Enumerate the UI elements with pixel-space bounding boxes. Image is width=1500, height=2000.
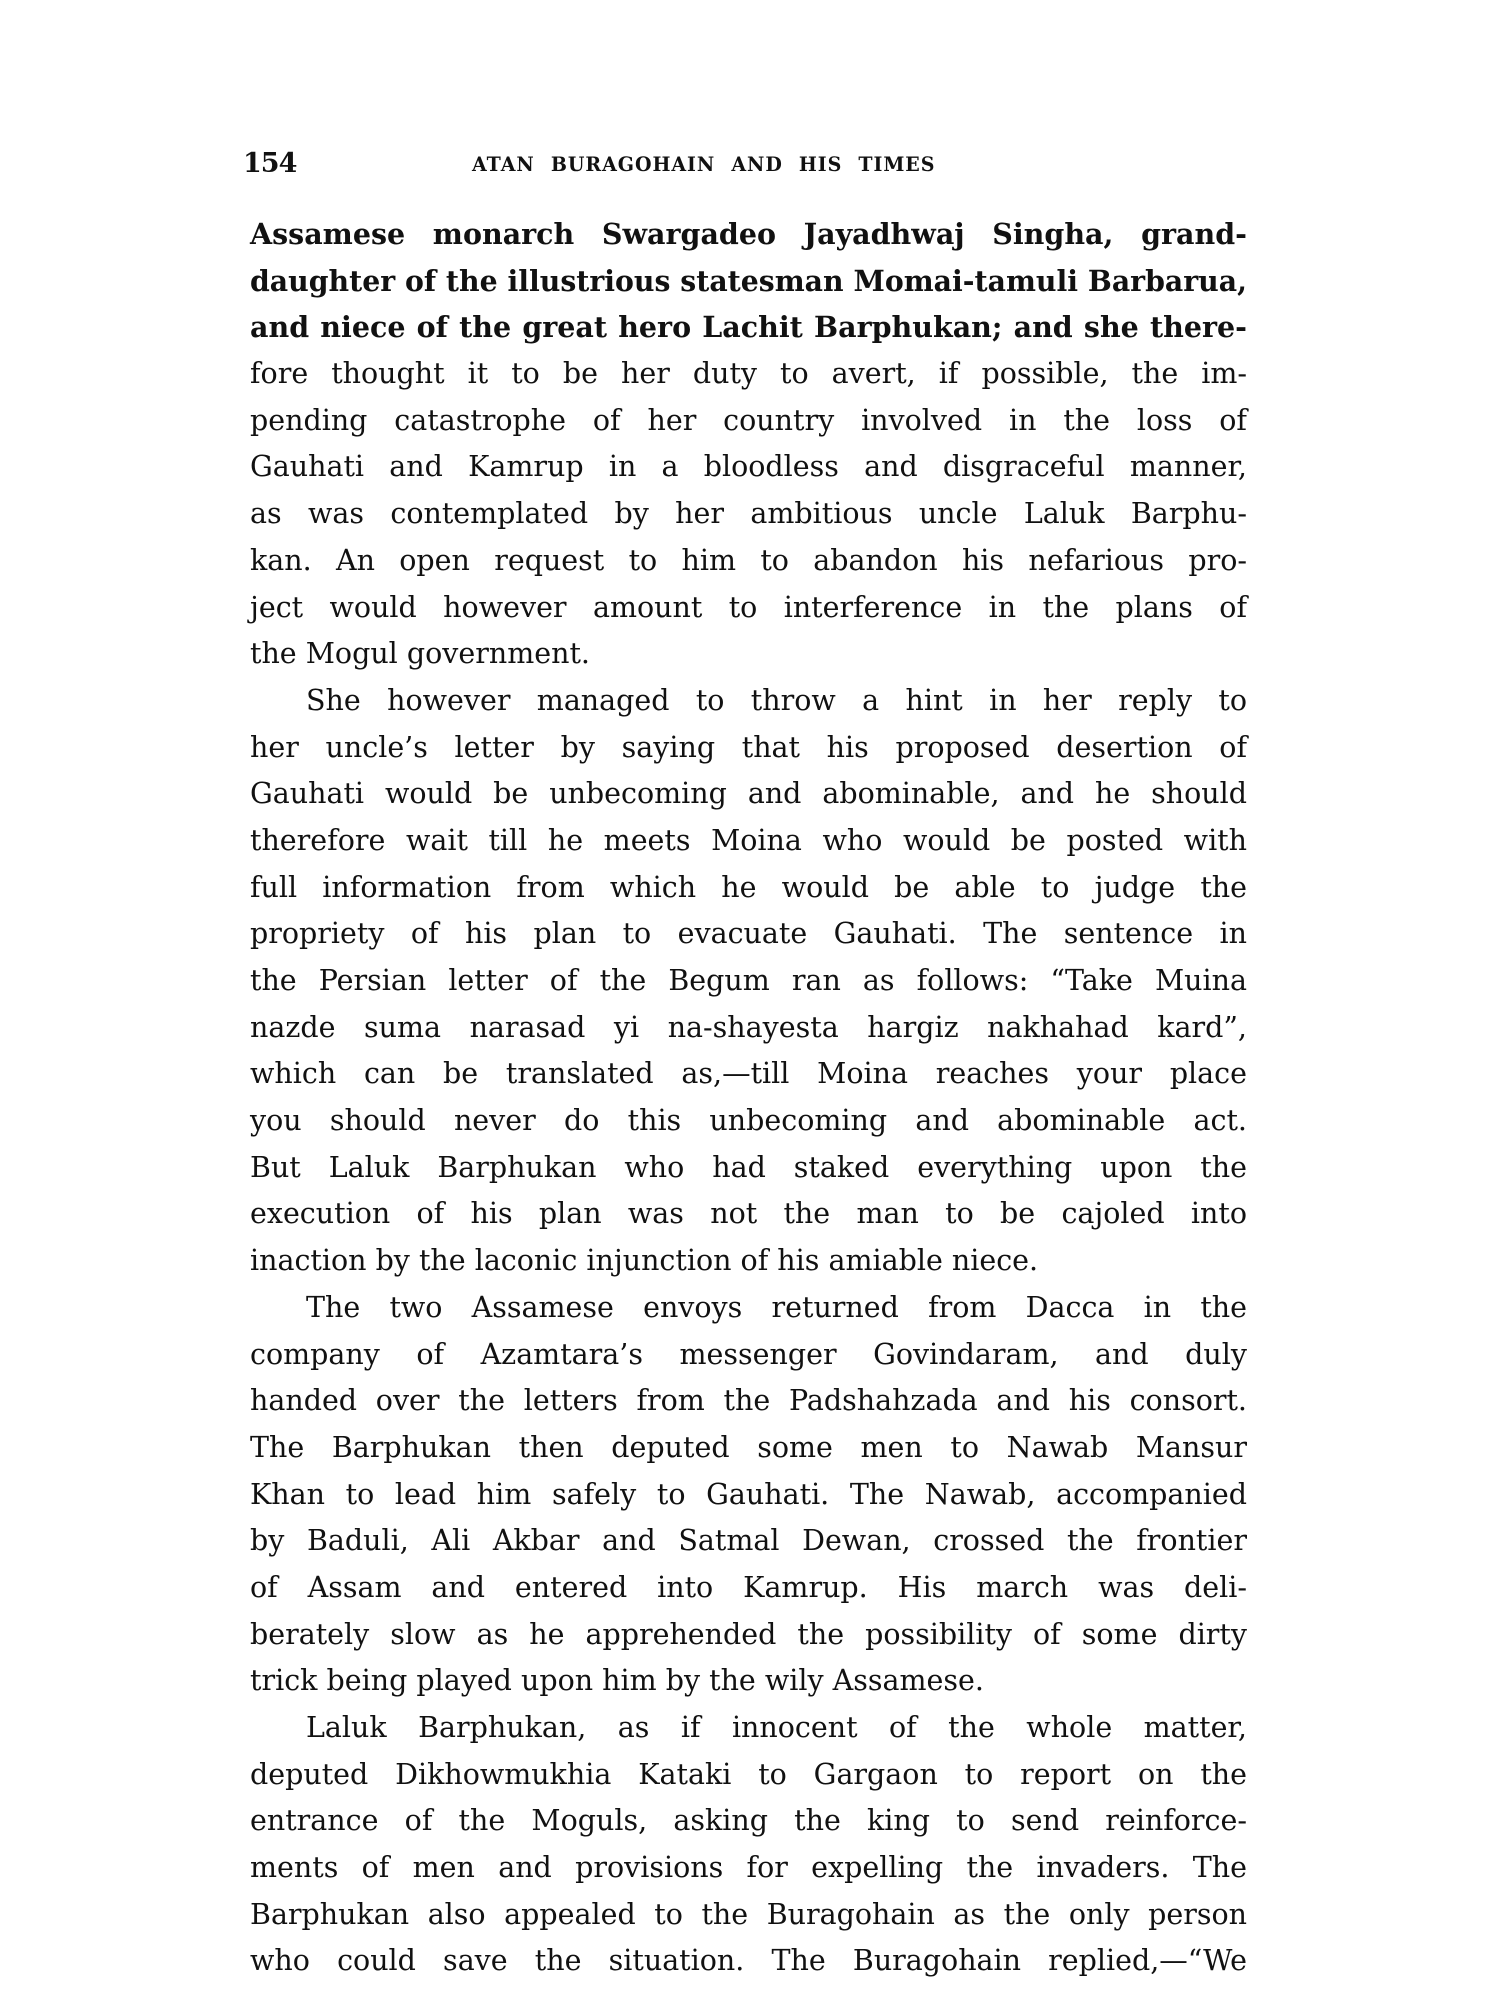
text-line: of Assam and entered into Kamrup. His ma…	[250, 1565, 1247, 1612]
text-line: ments of men and provisions for expellin…	[250, 1845, 1247, 1892]
text-line: fore thought it to be her duty to avert,…	[250, 351, 1247, 398]
running-title: ATAN BURAGOHAIN AND HIS TIMES	[472, 150, 935, 178]
text-line: Gauhati and Kamrup in a bloodless and di…	[250, 444, 1247, 491]
text-line: kan. An open request to him to abandon h…	[250, 538, 1247, 585]
page-number: 154	[243, 146, 296, 182]
paragraph-4: Laluk Barphukan, as if innocent of the w…	[250, 1705, 1247, 1985]
text-line: trick being played upon him by the wily …	[250, 1658, 1247, 1705]
text-line: But Laluk Barphukan who had staked every…	[250, 1145, 1247, 1192]
text-line: Barphukan also appealed to the Buragohai…	[250, 1892, 1247, 1939]
running-head: 154 ATAN BURAGOHAIN AND HIS TIMES	[243, 146, 1253, 182]
text-line: the Persian letter of the Begum ran as f…	[250, 958, 1247, 1005]
text-line: by Baduli, Ali Akbar and Satmal Dewan, c…	[250, 1518, 1247, 1565]
text-line: ject would however amount to interferenc…	[250, 585, 1247, 632]
book-page: 154 ATAN BURAGOHAIN AND HIS TIMES Assame…	[0, 0, 1500, 2000]
text-line: Laluk Barphukan, as if innocent of the w…	[250, 1705, 1247, 1752]
text-line: nazde suma narasad yi na-shayesta hargiz…	[250, 1005, 1247, 1052]
text-line: who could save the situation. The Burago…	[250, 1938, 1247, 1985]
paragraph-2: She however managed to throw a hint in h…	[250, 678, 1247, 1285]
text-line: and niece of the great hero Lachit Barph…	[250, 304, 1247, 351]
text-line: berately slow as he apprehended the poss…	[250, 1612, 1247, 1659]
text-line: full information from which he would be …	[250, 865, 1247, 912]
text-line: pending catastrophe of her country invol…	[250, 398, 1247, 445]
text-line: She however managed to throw a hint in h…	[250, 678, 1247, 725]
text-line: Khan to lead him safely to Gauhati. The …	[250, 1472, 1247, 1519]
text-line: handed over the letters from the Padshah…	[250, 1378, 1247, 1425]
text-line: you should never do this unbecoming and …	[250, 1098, 1247, 1145]
text-line: inaction by the laconic injunction of hi…	[250, 1238, 1247, 1285]
text-line: as was contemplated by her ambitious unc…	[250, 491, 1247, 538]
text-line: propriety of his plan to evacuate Gauhat…	[250, 911, 1247, 958]
text-line: company of Azamtara’s messenger Govindar…	[250, 1332, 1247, 1379]
text-line: execution of his plan was not the man to…	[250, 1191, 1247, 1238]
text-line: the Mogul government.	[250, 631, 1247, 678]
text-line: Gauhati would be unbecoming and abominab…	[250, 771, 1247, 818]
text-line: deputed Dikhowmukhia Kataki to Gargaon t…	[250, 1752, 1247, 1799]
text-line: Assamese monarch Swargadeo Jayadhwaj Sin…	[250, 211, 1247, 258]
text-line: The Barphukan then deputed some men to N…	[250, 1425, 1247, 1472]
text-line: therefore wait till he meets Moina who w…	[250, 818, 1247, 865]
paragraph-1: Assamese monarch Swargadeo Jayadhwaj Sin…	[250, 211, 1247, 678]
text-line: daughter of the illustrious statesman Mo…	[250, 258, 1247, 305]
text-line: The two Assamese envoys returned from Da…	[250, 1285, 1247, 1332]
paragraph-3: The two Assamese envoys returned from Da…	[250, 1285, 1247, 1705]
text-line: her uncle’s letter by saying that his pr…	[250, 725, 1247, 772]
text-line: entrance of the Moguls, asking the king …	[250, 1798, 1247, 1845]
body-text: Assamese monarch Swargadeo Jayadhwaj Sin…	[250, 211, 1247, 1985]
text-line: which can be translated as,—till Moina r…	[250, 1051, 1247, 1098]
